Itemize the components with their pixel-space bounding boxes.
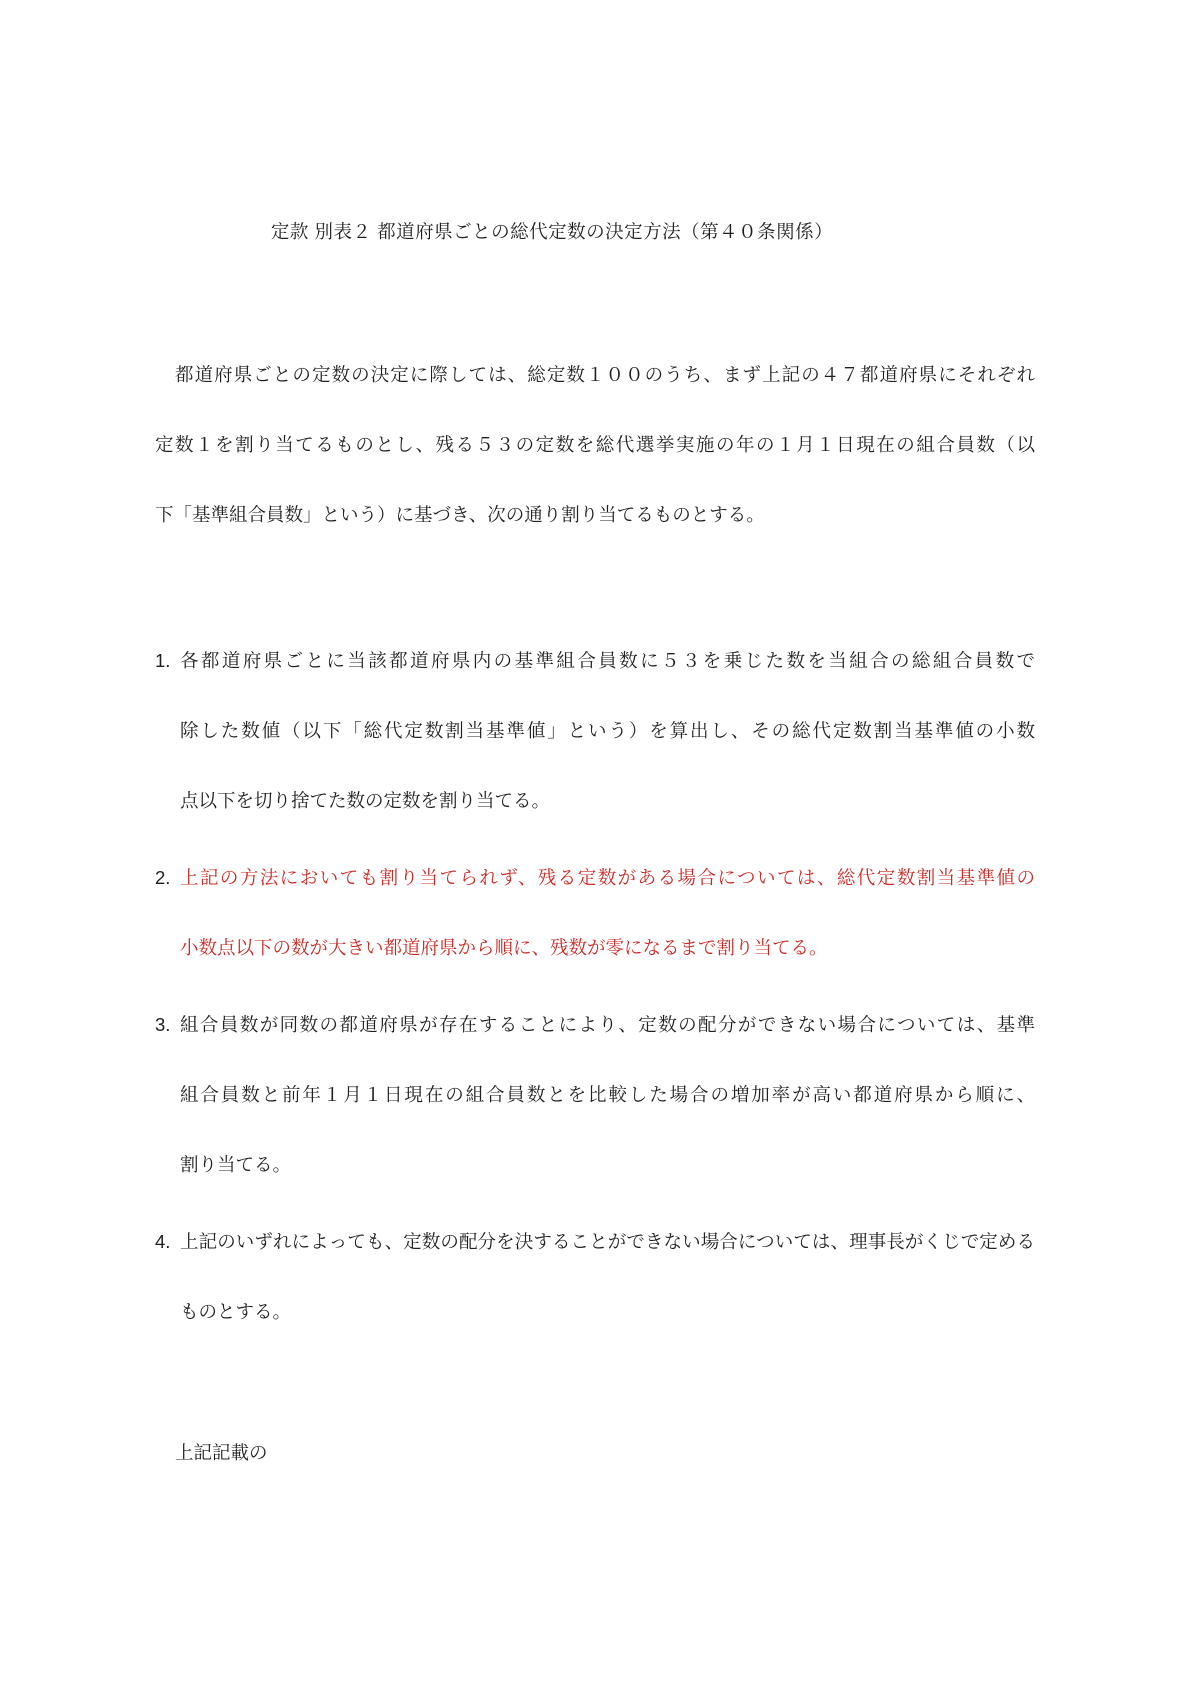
intro-paragraph: 都道府県ごとの定数の決定に際しては、総定数１００のうち、まず上記の４７都道府県に… [155, 340, 1035, 550]
intro-line-2: 定数１を割り当てるものとし、残る５３の定数を総代選挙実施の年の１月１日現在の組合… [155, 410, 1035, 480]
list-item-3: 3. 組合員数が同数の都道府県が存在することにより、定数の配分ができない場合につ… [155, 990, 1035, 1200]
document-title: 定款 別表２ 都道府県ごとの総代定数の決定方法（第４０条関係） [0, 212, 1147, 252]
list-item-2-line-2: 小数点以下の数が大きい都道府県から順に、残数が零になるまで割り当てる。 [180, 913, 1035, 983]
list-item-2-text: 上記の方法においても割り当てられず、残る定数がある場合については、総代定数割当基… [180, 843, 1035, 983]
numbered-list: 1. 各都道府県ごとに当該都道府県内の基準組合員数に５３を乗じた数を当組合の総組… [155, 626, 1035, 1354]
list-item-2-number: 2. [155, 843, 180, 983]
closing-paragraph: 上記記載の [155, 1418, 1035, 1488]
list-item-1-line-1: 各都道府県ごとに当該都道府県内の基準組合員数に５３を乗じた数を当組合の総組合員数… [180, 626, 1035, 696]
list-item-4: 4. 上記のいずれによっても、定数の配分を決することができない場合については、理… [155, 1207, 1035, 1347]
list-item-4-line-2: ものとする。 [180, 1277, 1035, 1347]
list-item-1-text: 各都道府県ごとに当該都道府県内の基準組合員数に５３を乗じた数を当組合の総組合員数… [180, 626, 1035, 836]
intro-line-3: 下「基準組合員数」という）に基づき、次の通り割り当てるものとする。 [155, 480, 1035, 550]
list-item-1-line-3: 点以下を切り捨てた数の定数を割り当てる。 [180, 766, 1035, 836]
list-item-3-text: 組合員数が同数の都道府県が存在することにより、定数の配分ができない場合については… [180, 990, 1035, 1200]
list-item-4-line-1: 上記のいずれによっても、定数の配分を決することができない場合については、理事長が… [180, 1207, 1035, 1277]
list-item-3-line-2: 組合員数と前年１月１日現在の組合員数とを比較した場合の増加率が高い都道府県から順… [180, 1060, 1035, 1130]
list-item-3-number: 3. [155, 990, 180, 1200]
list-item-1-line-2: 除した数値（以下「総代定数割当基準値」という）を算出し、その総代定数割当基準値の… [180, 696, 1035, 766]
list-item-1-number: 1. [155, 626, 180, 836]
list-item-4-number: 4. [155, 1207, 180, 1347]
list-item-1: 1. 各都道府県ごとに当該都道府県内の基準組合員数に５３を乗じた数を当組合の総組… [155, 626, 1035, 836]
list-item-4-text: 上記のいずれによっても、定数の配分を決することができない場合については、理事長が… [180, 1207, 1035, 1347]
document-page: 定款 別表２ 都道府県ごとの総代定数の決定方法（第４０条関係） 都道府県ごとの定… [0, 0, 1190, 1684]
list-item-2: 2. 上記の方法においても割り当てられず、残る定数がある場合については、総代定数… [155, 843, 1035, 983]
list-item-3-line-3: 割り当てる。 [180, 1130, 1035, 1200]
list-item-3-line-1: 組合員数が同数の都道府県が存在することにより、定数の配分ができない場合については… [180, 990, 1035, 1060]
list-item-2-line-1: 上記の方法においても割り当てられず、残る定数がある場合については、総代定数割当基… [180, 843, 1035, 913]
intro-line-1: 都道府県ごとの定数の決定に際しては、総定数１００のうち、まず上記の４７都道府県に… [155, 340, 1035, 410]
